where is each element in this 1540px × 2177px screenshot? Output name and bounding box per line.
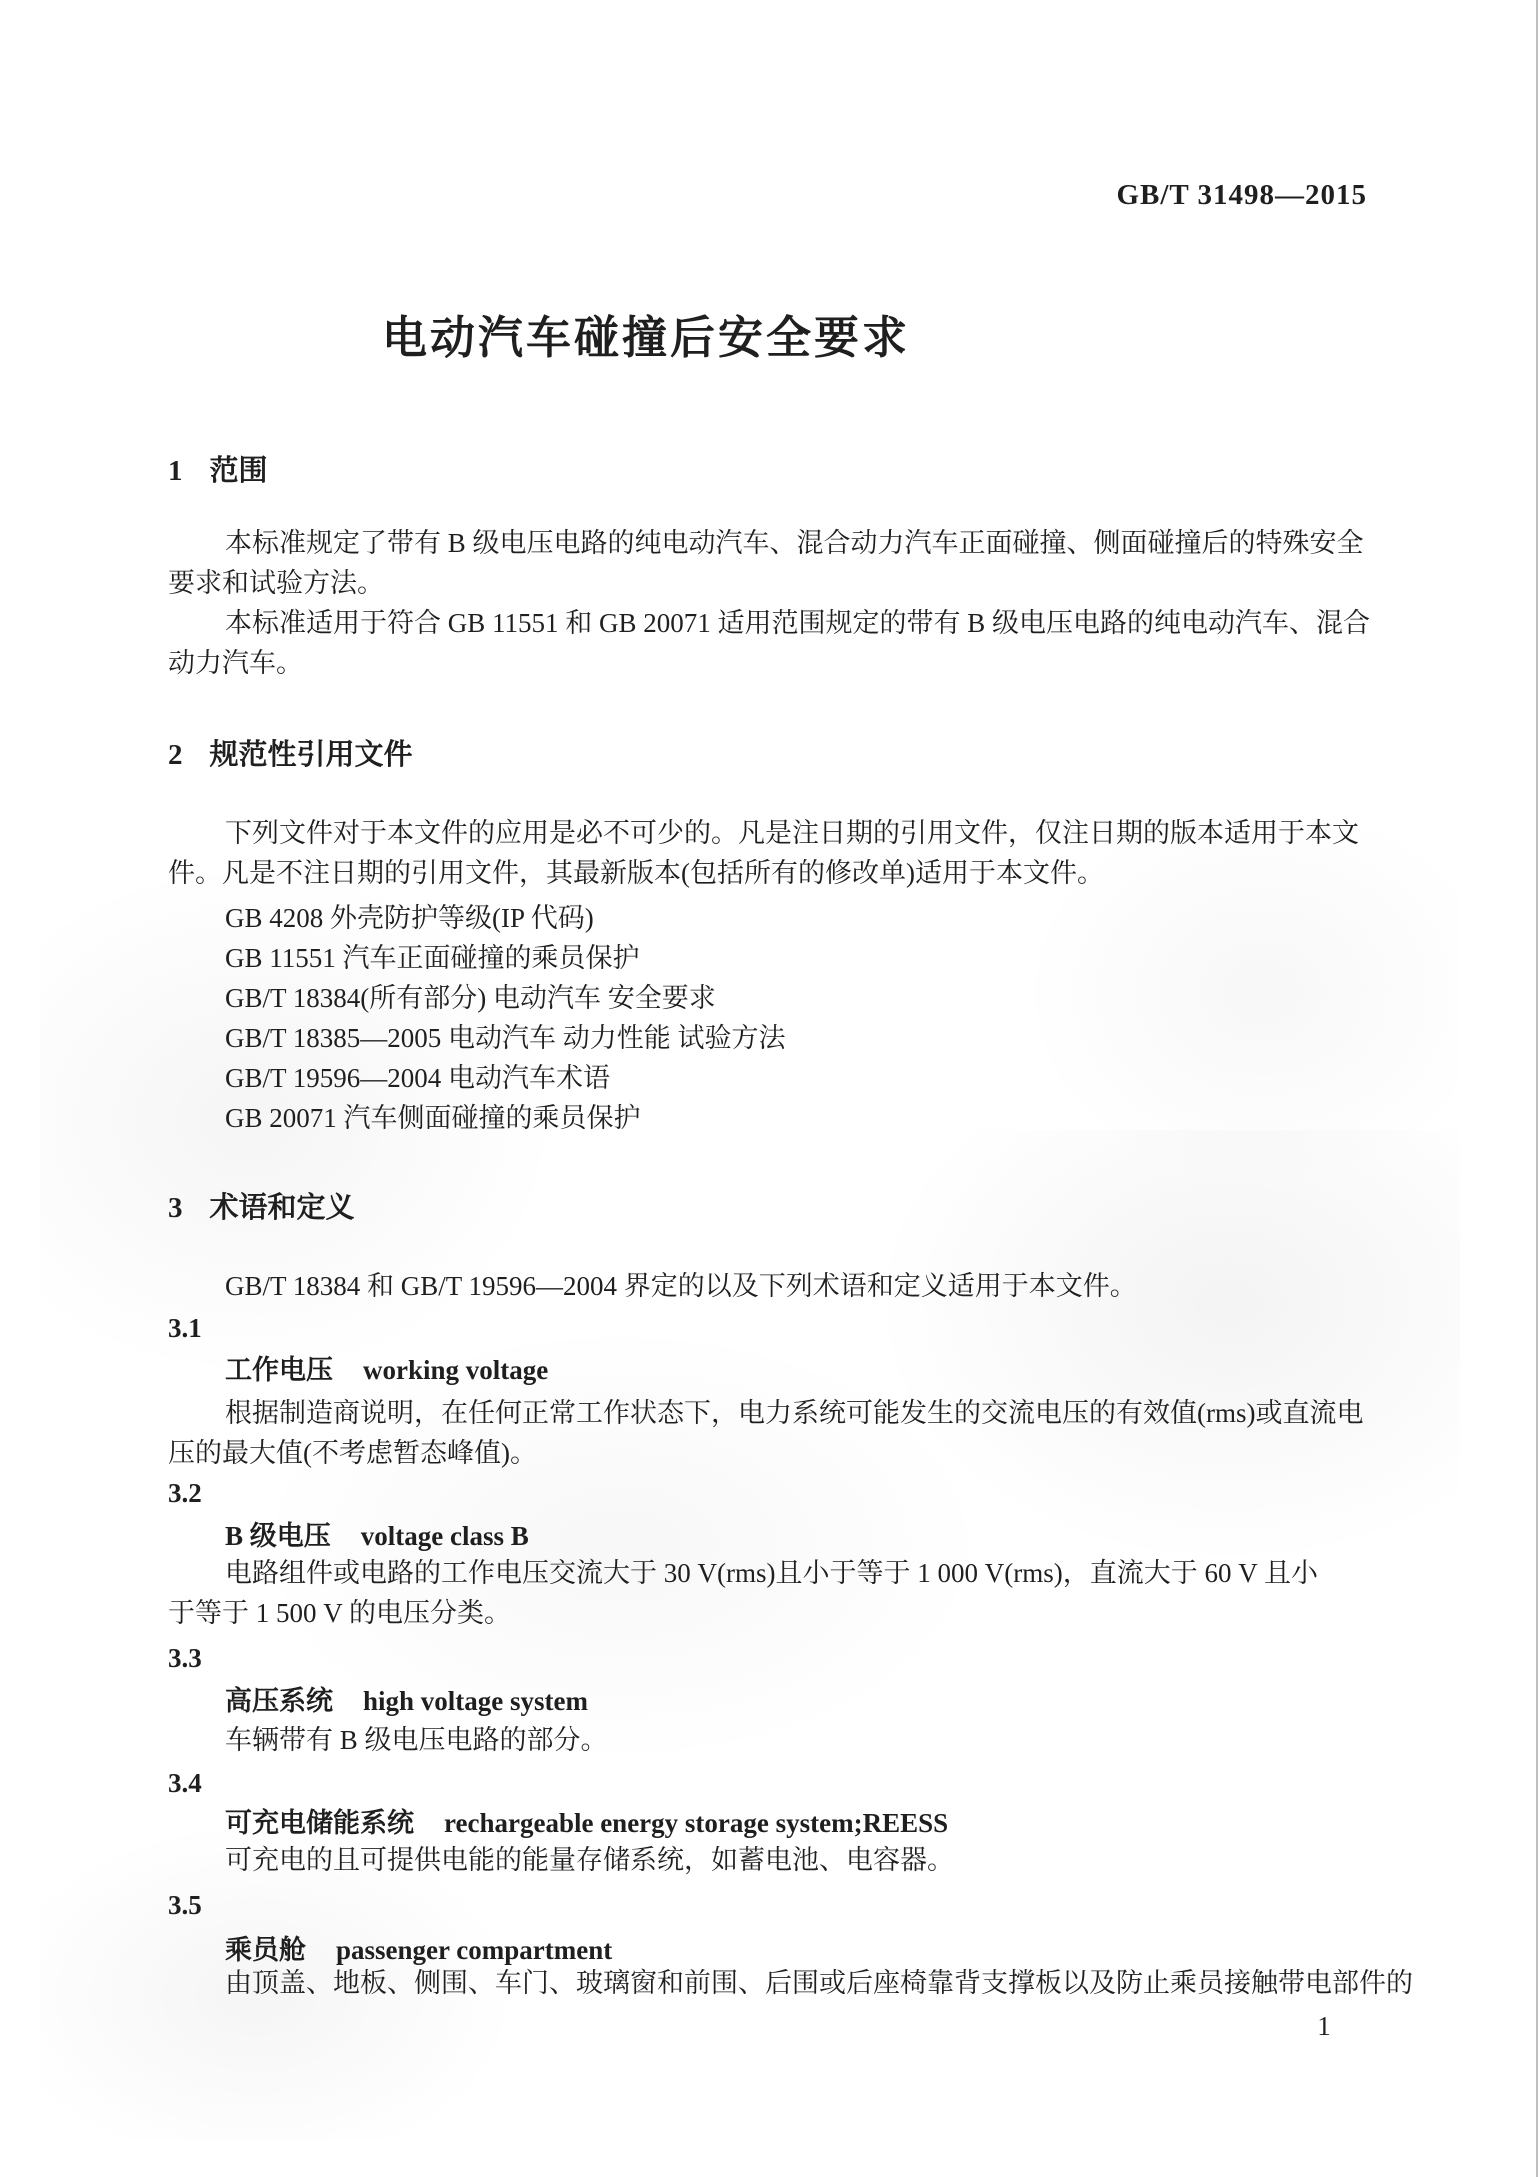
reference-item: GB/T 18384(所有部分) 电动汽车 安全要求 [168, 978, 1408, 1018]
term-number: 3.4 [168, 1763, 1408, 1803]
term-definition-line: 于等于 1 500 V 的电压分类。 [168, 1593, 1408, 1633]
section-heading-terms: 3术语和定义 [168, 1187, 1408, 1229]
term-definition-line: 压的最大值(不考虑暂态峰值)。 [168, 1433, 1408, 1473]
section-heading-text: 范围 [210, 455, 268, 487]
scope-paragraph-1: 本标准规定了带有 B 级电压电路的纯电动汽车、混合动力汽车正面碰撞、侧面碰撞后的… [168, 523, 1408, 603]
standard-number: GB/T 31498—2015 [1116, 179, 1367, 212]
term-entry-3-1-title: 工作电压working voltage [168, 1350, 1408, 1390]
term-entry-3-4: 3.4 [168, 1763, 1408, 1803]
page-number: 1 [1300, 2006, 1348, 2046]
term-entry-3-3-title: 高压系统high voltage system [168, 1681, 1408, 1721]
paragraph-line: 件。凡是不注日期的引用文件，其最新版本(包括所有的修改单)适用于本文件。 [168, 853, 1408, 893]
paragraph-line: 下列文件对于本文件的应用是必不可少的。凡是注日期的引用文件，仅注日期的版本适用于… [168, 813, 1408, 853]
term-en: working voltage [363, 1355, 548, 1385]
term-entry-3-2-definition: 电路组件或电路的工作电压交流大于 30 V(rms)且小于等于 1 000 V(… [168, 1553, 1408, 1633]
section-number: 3 [168, 1187, 183, 1229]
paragraph-line: 本标准规定了带有 B 级电压电路的纯电动汽车、混合动力汽车正面碰撞、侧面碰撞后的… [168, 523, 1408, 563]
term-number: 3.1 [168, 1308, 1408, 1348]
term-definition-line: 可充电的且可提供电能的能量存储系统，如蓄电池、电容器。 [168, 1840, 1408, 1880]
term-en: passenger compartment [336, 1935, 612, 1965]
paragraph-line: 动力汽车。 [168, 643, 1408, 683]
term-entry-3-3: 3.3 [168, 1638, 1408, 1678]
page-title: 电动汽车碰撞后安全要求 [0, 301, 1292, 366]
term-entry-3-3-definition: 车辆带有 B 级电压电路的部分。 [168, 1720, 1408, 1760]
term-entry-3-1: 3.1 [168, 1308, 1408, 1348]
term-entry-3-2: 3.2 [168, 1473, 1408, 1513]
term-entry-3-5-definition: 由顶盖、地板、侧围、车门、玻璃窗和前围、后围或后座椅靠背支撑板以及防止乘员接触带… [168, 1963, 1408, 2003]
normative-references-paragraph: 下列文件对于本文件的应用是必不可少的。凡是注日期的引用文件，仅注日期的版本适用于… [168, 813, 1408, 893]
term-definition-line: 根据制造商说明，在任何正常工作状态下，电力系统可能发生的交流电压的有效值(rms… [168, 1393, 1408, 1433]
section-heading-text: 规范性引用文件 [210, 739, 413, 771]
term-en: voltage class B [361, 1521, 529, 1551]
term-zh: 工作电压 [225, 1355, 333, 1385]
term-entry-3-4-title: 可充电储能系统rechargeable energy storage syste… [168, 1803, 1408, 1843]
reference-item: GB/T 18385—2005 电动汽车 动力性能 试验方法 [168, 1018, 1408, 1058]
term-zh: B 级电压 [225, 1521, 331, 1551]
term-zh: 乘员舱 [225, 1935, 306, 1965]
paragraph-line: 本标准适用于符合 GB 11551 和 GB 20071 适用范围规定的带有 B… [168, 603, 1408, 643]
reference-item: GB 20071 汽车侧面碰撞的乘员保护 [168, 1098, 1408, 1138]
term-entry-3-5: 3.5 [168, 1885, 1408, 1925]
term-en: rechargeable energy storage system;REESS [444, 1808, 948, 1838]
term-definition-line: 车辆带有 B 级电压电路的部分。 [168, 1720, 1408, 1760]
section-number: 2 [168, 734, 183, 776]
section-heading-text: 术语和定义 [210, 1192, 355, 1224]
paragraph-line: GB/T 18384 和 GB/T 19596—2004 界定的以及下列术语和定… [168, 1266, 1408, 1306]
term-entry-3-2-title: B 级电压voltage class B [168, 1516, 1408, 1556]
reference-list: GB 4208 外壳防护等级(IP 代码) GB 11551 汽车正面碰撞的乘员… [168, 898, 1408, 1138]
terms-intro: GB/T 18384 和 GB/T 19596—2004 界定的以及下列术语和定… [168, 1266, 1408, 1306]
term-entry-3-4-definition: 可充电的且可提供电能的能量存储系统，如蓄电池、电容器。 [168, 1840, 1408, 1880]
reference-item: GB/T 19596—2004 电动汽车术语 [168, 1058, 1408, 1098]
term-number: 3.3 [168, 1638, 1408, 1678]
term-definition-line: 由顶盖、地板、侧围、车门、玻璃窗和前围、后围或后座椅靠背支撑板以及防止乘员接触带… [168, 1963, 1408, 2003]
section-heading-normative-references: 2规范性引用文件 [168, 734, 1408, 776]
term-zh: 高压系统 [225, 1686, 333, 1716]
scan-edge-line [1536, 0, 1538, 2177]
paragraph-line: 要求和试验方法。 [168, 563, 1408, 603]
reference-item: GB 4208 外壳防护等级(IP 代码) [168, 898, 1408, 938]
section-heading-scope: 1范围 [168, 450, 1408, 492]
scope-paragraph-2: 本标准适用于符合 GB 11551 和 GB 20071 适用范围规定的带有 B… [168, 603, 1408, 683]
term-zh: 可充电储能系统 [225, 1808, 414, 1838]
reference-item: GB 11551 汽车正面碰撞的乘员保护 [168, 938, 1408, 978]
term-en: high voltage system [363, 1686, 588, 1716]
term-definition-line: 电路组件或电路的工作电压交流大于 30 V(rms)且小于等于 1 000 V(… [168, 1553, 1408, 1593]
document-page: GB/T 31498—2015 电动汽车碰撞后安全要求 1范围 本标准规定了带有… [0, 0, 1540, 2177]
section-number: 1 [168, 450, 183, 492]
term-number: 3.5 [168, 1885, 1408, 1925]
term-number: 3.2 [168, 1473, 1408, 1513]
term-entry-3-1-definition: 根据制造商说明，在任何正常工作状态下，电力系统可能发生的交流电压的有效值(rms… [168, 1393, 1408, 1473]
